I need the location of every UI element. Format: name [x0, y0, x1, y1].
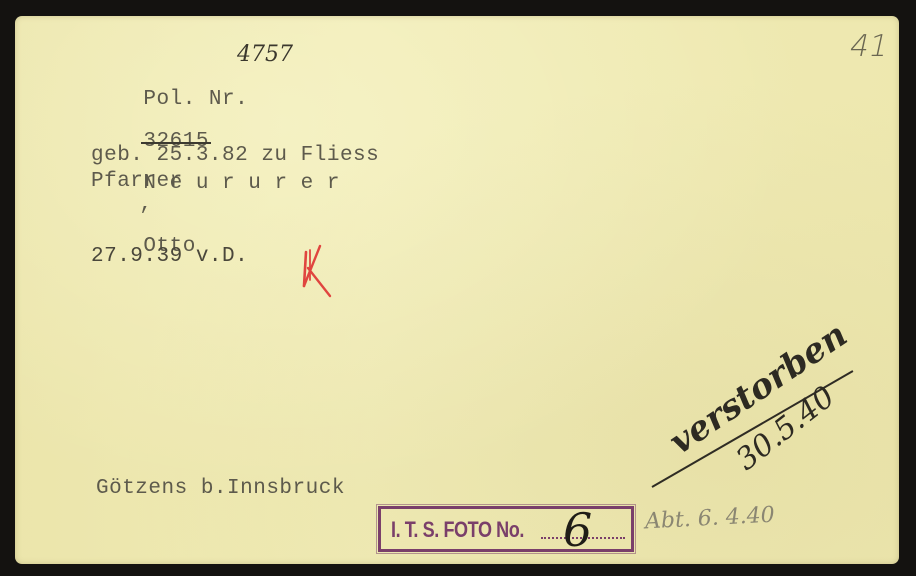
pencil-note: Abt. 6. 4.40	[645, 505, 776, 534]
residence: Götzens b.Innsbruck	[96, 478, 345, 499]
handwritten-page-number: 41	[847, 32, 892, 62]
its-foto-stamp: I. T. S. FOTO No. 6	[378, 506, 634, 552]
birth-line: geb. 25.3.82 zu Fliess	[91, 145, 379, 166]
stamp-foto-number: 6	[563, 503, 592, 557]
name-separator: ,	[139, 193, 152, 216]
index-card: 41 4757 Pol. Nr. 32615 N e u r u r e r ,…	[15, 16, 899, 564]
entry-line: 27.9.39 v.D.	[91, 246, 248, 267]
red-check-mark-icon	[300, 242, 334, 298]
handwritten-pol-number: 4757	[237, 44, 293, 66]
stamp-label: I. T. S. FOTO No.	[391, 517, 524, 543]
occupation: Pfarrer	[91, 171, 183, 192]
pol-nr-label: Pol. Nr.	[143, 88, 248, 111]
